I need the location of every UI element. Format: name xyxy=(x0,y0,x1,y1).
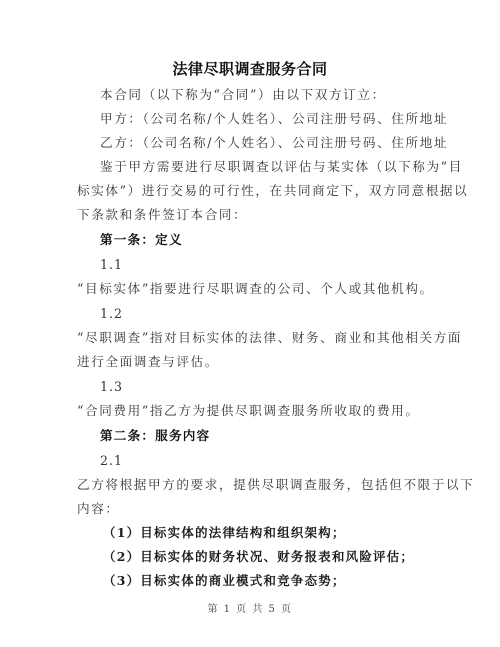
service-item-2: （2）目标实体的财务状况、财务报表和风险评估； xyxy=(103,548,414,566)
clause-1-3-number: 1.3 xyxy=(100,378,123,396)
clause-1-2-number: 1.2 xyxy=(100,305,123,323)
service-item-3: （3）目标实体的商业模式和竞争态势； xyxy=(103,572,346,590)
intro-line: 本合同（以下称为“合同”）由以下双方订立： xyxy=(100,86,386,104)
article-1-heading: 第一条：定义 xyxy=(100,231,183,249)
clause-2-1-text-1: 乙方将根据甲方的要求，提供尽职调查服务，包括但不限于以下 xyxy=(77,476,474,494)
clause-1-1-number: 1.1 xyxy=(100,256,123,274)
service-item-1: （1）目标实体的法律结构和组织架构； xyxy=(103,524,346,542)
clause-1-2-text-1: “尽职调查”指对目标实体的法律、财务、商业和其他相关方面 xyxy=(77,329,462,347)
clause-1-3-text: “合同费用”指乙方为提供尽职调查服务所收取的费用。 xyxy=(77,402,420,420)
clause-1-2-text-2: 进行全面调查与评估。 xyxy=(77,353,219,371)
party-a-line: 甲方：（公司名称/个人姓名）、公司注册号码、住所地址 xyxy=(100,110,448,128)
clause-1-1-text: “目标实体”指要进行尽职调查的公司、个人或其他机构。 xyxy=(77,280,434,298)
recital-line-2: 标实体”）进行交易的可行性，在共同商定下，双方同意根据以 xyxy=(77,182,468,200)
clause-2-1-text-2: 内容： xyxy=(77,500,120,518)
clause-2-1-number: 2.1 xyxy=(100,452,123,470)
document-title: 法律尽职调查服务合同 xyxy=(0,58,500,79)
recital-line-3: 下条款和条件签订本合同： xyxy=(77,206,247,224)
article-2-heading: 第二条：服务内容 xyxy=(100,427,210,445)
recital-line-1: 鉴于甲方需要进行尽职调查以评估与某实体（以下称为“目 xyxy=(100,158,463,176)
page-number-footer: 第 1 页 共 5 页 xyxy=(0,600,500,615)
document-page: 法律尽职调查服务合同 本合同（以下称为“合同”）由以下双方订立： 甲方：（公司名… xyxy=(0,0,500,647)
party-b-line: 乙方：（公司名称/个人姓名）、公司注册号码、住所地址 xyxy=(100,134,448,152)
